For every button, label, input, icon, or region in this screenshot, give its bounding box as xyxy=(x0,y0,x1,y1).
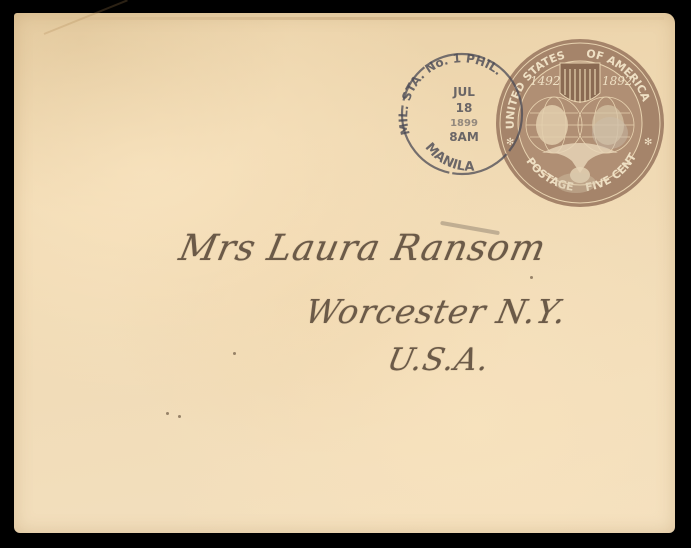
stamp-year-left: 1492 xyxy=(530,74,561,88)
paper-speck xyxy=(530,276,533,279)
envelope-crease xyxy=(24,17,664,20)
postmark-month: JUL xyxy=(452,85,475,99)
postmark-year: 1899 xyxy=(450,118,478,129)
paper-speck xyxy=(178,415,181,418)
svg-text:✻: ✻ xyxy=(644,137,652,148)
postmark-day: 18 xyxy=(456,101,473,115)
paper-speck xyxy=(166,412,169,415)
postmark: MIL. STA. No. 1 PHIL. MANILA JUL 18 1899… xyxy=(392,44,532,179)
postmark-time: 8AM xyxy=(449,130,479,144)
paper-speck xyxy=(233,352,236,355)
stamp-year-right: 1892 xyxy=(602,74,633,88)
envelope-crease xyxy=(44,0,128,35)
svg-text:MANILA: MANILA xyxy=(422,140,475,175)
postmark-city: MANILA xyxy=(422,140,475,175)
